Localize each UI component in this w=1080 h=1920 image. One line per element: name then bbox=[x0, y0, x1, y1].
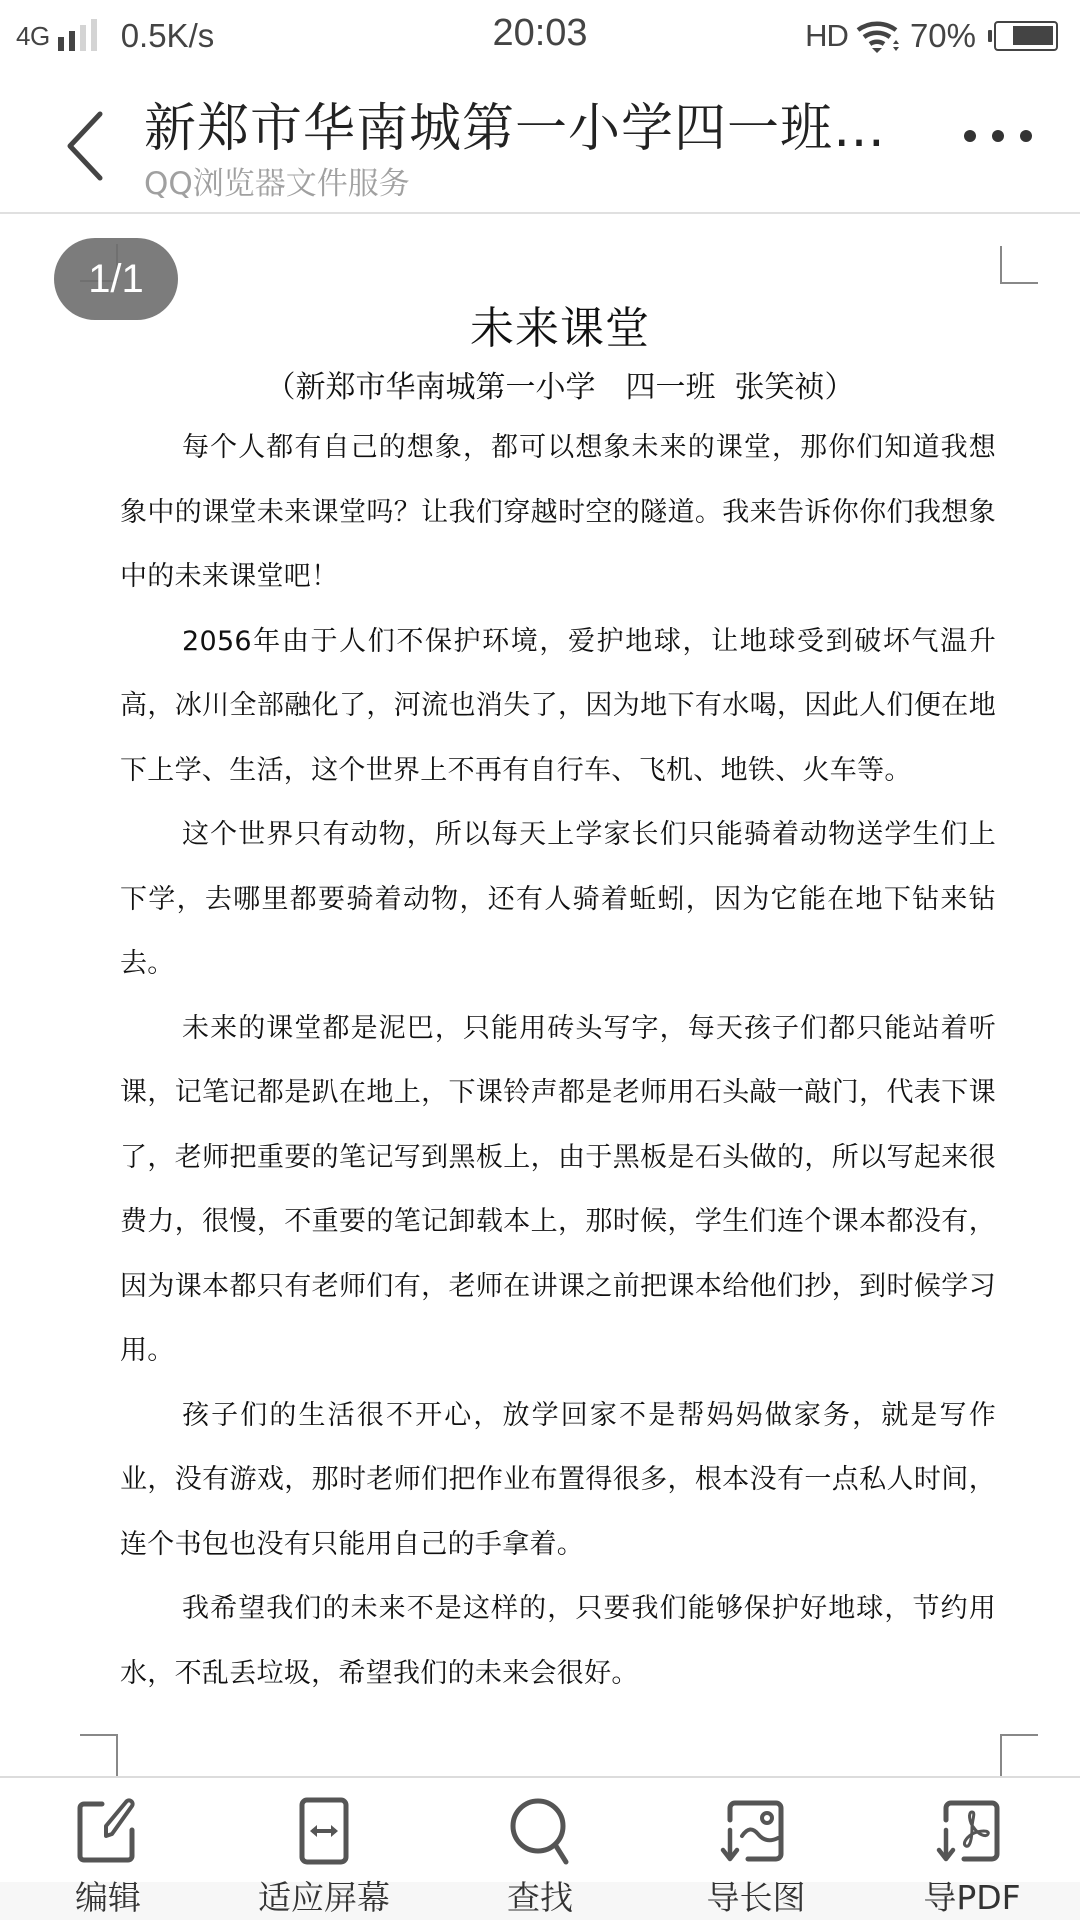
export-pdf-label: 导PDF bbox=[923, 1872, 1020, 1919]
bottom-toolbar: 编辑 适应屏幕 查找 导长图 bbox=[0, 1776, 1080, 1920]
back-button[interactable] bbox=[56, 100, 116, 190]
wifi-icon bbox=[856, 18, 904, 54]
page-corner-marker bbox=[80, 1734, 118, 1776]
search-button[interactable]: 查找 bbox=[432, 1778, 648, 1920]
fit-screen-label: 适应屏幕 bbox=[258, 1872, 390, 1919]
edit-label: 编辑 bbox=[75, 1872, 141, 1919]
page-corner-marker bbox=[1000, 246, 1038, 284]
search-label: 查找 bbox=[507, 1872, 573, 1919]
fit-screen-icon bbox=[288, 1796, 360, 1866]
file-title: 新郑市华南城第一小学四一班… bbox=[144, 86, 886, 161]
document-body: 每个人都有自己的想象，都可以想象未来的课堂，那你们知道我想象中的课堂未来课堂吗？… bbox=[120, 416, 996, 1706]
document-subtitle: （新郑市华南城第一小学 四一班 张笑祯） bbox=[0, 362, 1080, 406]
more-options-button[interactable] bbox=[964, 130, 1032, 142]
status-right: HD 70% bbox=[805, 16, 1058, 56]
export-long-image-icon bbox=[720, 1796, 792, 1866]
more-icon-dot bbox=[992, 130, 1004, 142]
more-icon-dot bbox=[1020, 130, 1032, 142]
export-pdf-button[interactable]: 导PDF bbox=[864, 1778, 1080, 1920]
paragraph: 未来的课堂都是泥巴，只能用砖头写字，每天孩子们都只能站着听课，记笔记都是趴在地上… bbox=[120, 997, 996, 1384]
paragraph: 2056年由于人们不保护环境，爱护地球，让地球受到破坏气温升高，冰川全部融化了，… bbox=[120, 610, 996, 804]
paragraph: 孩子们的生活很不开心，放学回家不是帮妈妈做家务，就是写作业，没有游戏，那时老师们… bbox=[120, 1384, 996, 1578]
fit-screen-button[interactable]: 适应屏幕 bbox=[216, 1778, 432, 1920]
status-bar: 4G 0.5K/s 20:03 HD 70% bbox=[0, 0, 1080, 72]
hd-indicator: HD bbox=[805, 18, 848, 54]
app-header: 新郑市华南城第一小学四一班… QQ浏览器文件服务 bbox=[0, 72, 1080, 214]
edit-button[interactable]: 编辑 bbox=[0, 1778, 216, 1920]
battery-icon bbox=[988, 21, 1058, 51]
edit-icon bbox=[72, 1796, 144, 1866]
export-long-image-label: 导长图 bbox=[707, 1872, 806, 1919]
more-icon-dot bbox=[964, 130, 976, 142]
document-title: 未来课堂 bbox=[0, 292, 1080, 356]
export-long-image-button[interactable]: 导长图 bbox=[648, 1778, 864, 1920]
paragraph: 每个人都有自己的想象，都可以想象未来的课堂，那你们知道我想象中的课堂未来课堂吗？… bbox=[120, 416, 996, 610]
export-pdf-icon bbox=[936, 1796, 1008, 1866]
page-corner-marker bbox=[1000, 1734, 1038, 1776]
battery-percent: 70% bbox=[910, 17, 976, 55]
document-viewer[interactable]: 1/1 未来课堂 （新郑市华南城第一小学 四一班 张笑祯） 每个人都有自己的想象… bbox=[0, 214, 1080, 1776]
paragraph: 这个世界只有动物，所以每天上学家长们只能骑着动物送学生们上下学，去哪里都要骑着动… bbox=[120, 803, 996, 997]
file-source: QQ浏览器文件服务 bbox=[144, 158, 410, 203]
search-icon bbox=[504, 1796, 576, 1866]
paragraph: 我希望我们的未来不是这样的，只要我们能够保护好地球，节约用水，不乱丢垃圾，希望我… bbox=[120, 1577, 996, 1706]
